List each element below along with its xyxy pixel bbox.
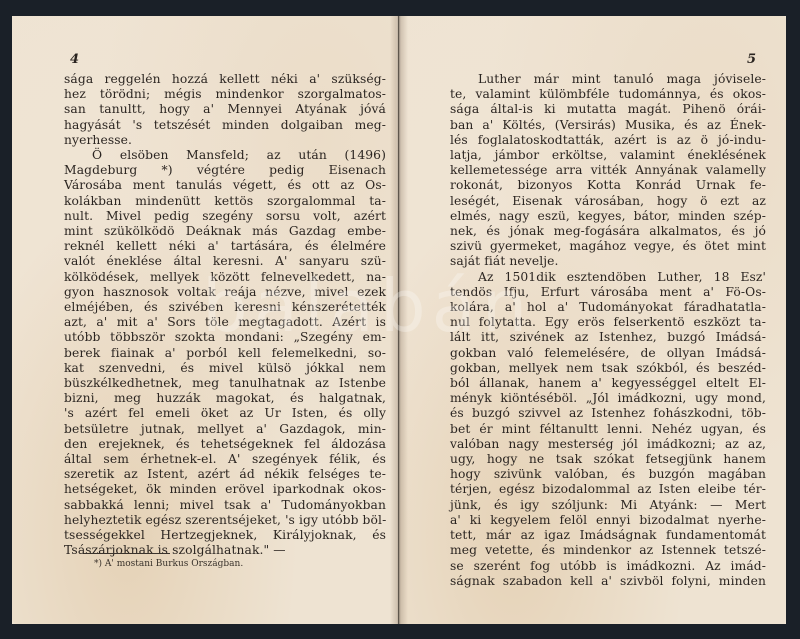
text-line: nyerhesse. — [64, 133, 386, 148]
page-number-left: 4 — [70, 52, 79, 67]
text-line: kölködések, mellyek között felnevelkedet… — [64, 270, 386, 285]
text-line: szeretik az Istent, azért ád nékik felsé… — [64, 467, 386, 482]
text-line: ból állanak, hanem a' kegyességgel eltel… — [450, 376, 766, 391]
text-line: den erejeknek, és tehetségeknek fel áldo… — [64, 437, 386, 452]
text-line: saját fiát nevelje. — [450, 254, 766, 269]
text-line: Az 1501dik esztendöben Luther, 18 Esz' — [450, 270, 766, 285]
text-line: a' ki kegyelem felöl ennyi bizodalmat ny… — [450, 513, 766, 528]
book-spread: 4 sága reggelén hozzá kellett néki a' sz… — [12, 16, 786, 624]
text-line: gokban, mellyek nem tsak szókból, és bes… — [450, 361, 766, 376]
text-line: sága reggelén hozzá kellett néki a' szük… — [64, 72, 386, 87]
text-line: tett, már az igaz Imádságnak fundamentom… — [450, 528, 766, 543]
text-line: hetségeket, ök minden erövel iparkodnak … — [64, 482, 386, 497]
text-line: latja, jámbor erköltse, valamint éneklés… — [450, 148, 766, 163]
text-line: mint szükölködö Deáknak más Gazdag embe- — [64, 224, 386, 239]
text-line: és buzgó szivvel az Istenhez fohászkodni… — [450, 406, 766, 421]
text-line: szivü gyermeket, magához vegye, és ötet … — [450, 239, 766, 254]
text-line: gokban való felemelésére, de ollyan Imád… — [450, 346, 766, 361]
text-line: valóban nagy mesterség jól imádkozni; az… — [450, 437, 766, 452]
text-line: Városába ment tanulás végett, és ott az … — [64, 178, 386, 193]
footnote: *) A' mostani Burkus Országban. — [94, 559, 243, 569]
text-line: kolára, a' hol a' Tudományokat fáradhata… — [450, 300, 766, 315]
page-number-right: 5 — [747, 52, 756, 67]
right-page: 5 Luther már mint tanuló maga jóvisele-t… — [398, 16, 786, 624]
text-line: hagyását 's tetszését minden dolgaiban m… — [64, 118, 386, 133]
text-line: ményk kiöntéséböl. „Jól imádkozni, ugy m… — [450, 391, 766, 406]
text-line: meg vetette, és mindenkor az Istennek te… — [450, 543, 766, 558]
text-line: leségét, Eisenak városában, hogy ö ezt a… — [450, 194, 766, 209]
text-line: lált itt, szivének az Istenhez, buzgó Im… — [450, 330, 766, 345]
text-line: ugy, hogy ne tsak szókat fetsegjünk hane… — [450, 452, 766, 467]
text-line: kat szenvedni, és mivel külsö jókkal nem — [64, 361, 386, 376]
left-page: 4 sága reggelén hozzá kellett néki a' sz… — [12, 16, 396, 624]
right-page-body: Luther már mint tanuló maga jóvisele-te,… — [450, 72, 766, 589]
text-line: tsességekkel Hertzegjeknek, Királyjoknak… — [64, 528, 386, 543]
left-page-body: sága reggelén hozzá kellett néki a' szük… — [64, 72, 386, 559]
text-line: ságnak szabadon kell a' szivböl folyni, … — [450, 574, 766, 589]
text-line: nul folytatta. Egy erös felserkentö eszk… — [450, 315, 766, 330]
text-line: elméjében, és szivében keresni kénszerét… — [64, 300, 386, 315]
text-line: san tanultt, hogy a' Mennyei Atyának jóv… — [64, 102, 386, 117]
text-line: valót éneklése által keresni. A' sanyaru… — [64, 254, 386, 269]
text-line: hogy szivünk valóban, és buzgón magában — [450, 467, 766, 482]
text-line: utóbb többször szokta mondani: „Szegény … — [64, 330, 386, 345]
text-line: reknél kellett néki a' tartására, és éle… — [64, 239, 386, 254]
text-line: által sem érhetnek-el. A' szegények féli… — [64, 452, 386, 467]
text-line: gyon hasznosok voltak reája nézve, mivel… — [64, 285, 386, 300]
text-line: rokonát, bizonyos Kotta Konrád Urnak fe- — [450, 178, 766, 193]
text-line: ban a' Költés, (Versirás) Musika, és az … — [450, 118, 766, 133]
text-line: tendös Ifju, Erfurt városába ment a' Fö-… — [450, 285, 766, 300]
text-line: elmés, nagy eszü, kegyes, bátor, minden … — [450, 209, 766, 224]
text-line: nult. Mivel pedig szegény sorsu volt, az… — [64, 209, 386, 224]
text-line: betsületre jutnak, mellyet a' Gazdagok, … — [64, 422, 386, 437]
text-line: Luther már mint tanuló maga jóvisele- — [450, 72, 766, 87]
text-line: hez törödni; mégis mindenkor szorgalmato… — [64, 87, 386, 102]
book-gutter — [390, 16, 408, 624]
text-line: azt, a' mit a' Sors töle megtagadott. Az… — [64, 315, 386, 330]
text-line: térjen, egész bizodalommal az Isten elei… — [450, 482, 766, 497]
text-line: berek fiainak a' porból kell felemelkedn… — [64, 346, 386, 361]
text-line: lés foglalatoskodtatták, azért is az ö j… — [450, 133, 766, 148]
text-line: bizni, meg huzzák magokat, és halgatnak, — [64, 391, 386, 406]
text-line: Tsászárjoknak is szolgálhatnak." — — [64, 543, 386, 558]
text-line: sabbakká lenni; mivel tsak a' Tudományok… — [64, 498, 386, 513]
text-line: helyheztetik egész szerentséjeket, 's ig… — [64, 513, 386, 528]
gutter-fold-line — [398, 16, 399, 624]
footnote-rule — [84, 553, 170, 554]
text-line: 's azért fel emeli öket az Ur Isten, és … — [64, 406, 386, 421]
text-line: büszkélkedhetnek, meg tanulhatnak az Ist… — [64, 376, 386, 391]
text-line: kolákban mindenütt kettös szorgalommal t… — [64, 194, 386, 209]
text-line: sága által-is ki mutatta magát. Pihenö ó… — [450, 102, 766, 117]
text-line: Magdeburg *) végtére pedig Eisenach — [64, 163, 386, 178]
text-line: Ö elsöben Mansfeld; az után (1496) — [64, 148, 386, 163]
text-line: nek, és jónak meg-fogására alkalmatos, é… — [450, 224, 766, 239]
text-line: kellemetessége arra vitték Annyának vala… — [450, 163, 766, 178]
text-line: jünk, és igy szóljunk: Mi Atyánk: — Mert — [450, 498, 766, 513]
text-line: bet ér mint féltanultt lenni. Nehéz ugya… — [450, 422, 766, 437]
text-line: se szerént fog utóbb is imádkozni. Az im… — [450, 559, 766, 574]
text-line: te, valamint külömbféle tudománnya, és o… — [450, 87, 766, 102]
